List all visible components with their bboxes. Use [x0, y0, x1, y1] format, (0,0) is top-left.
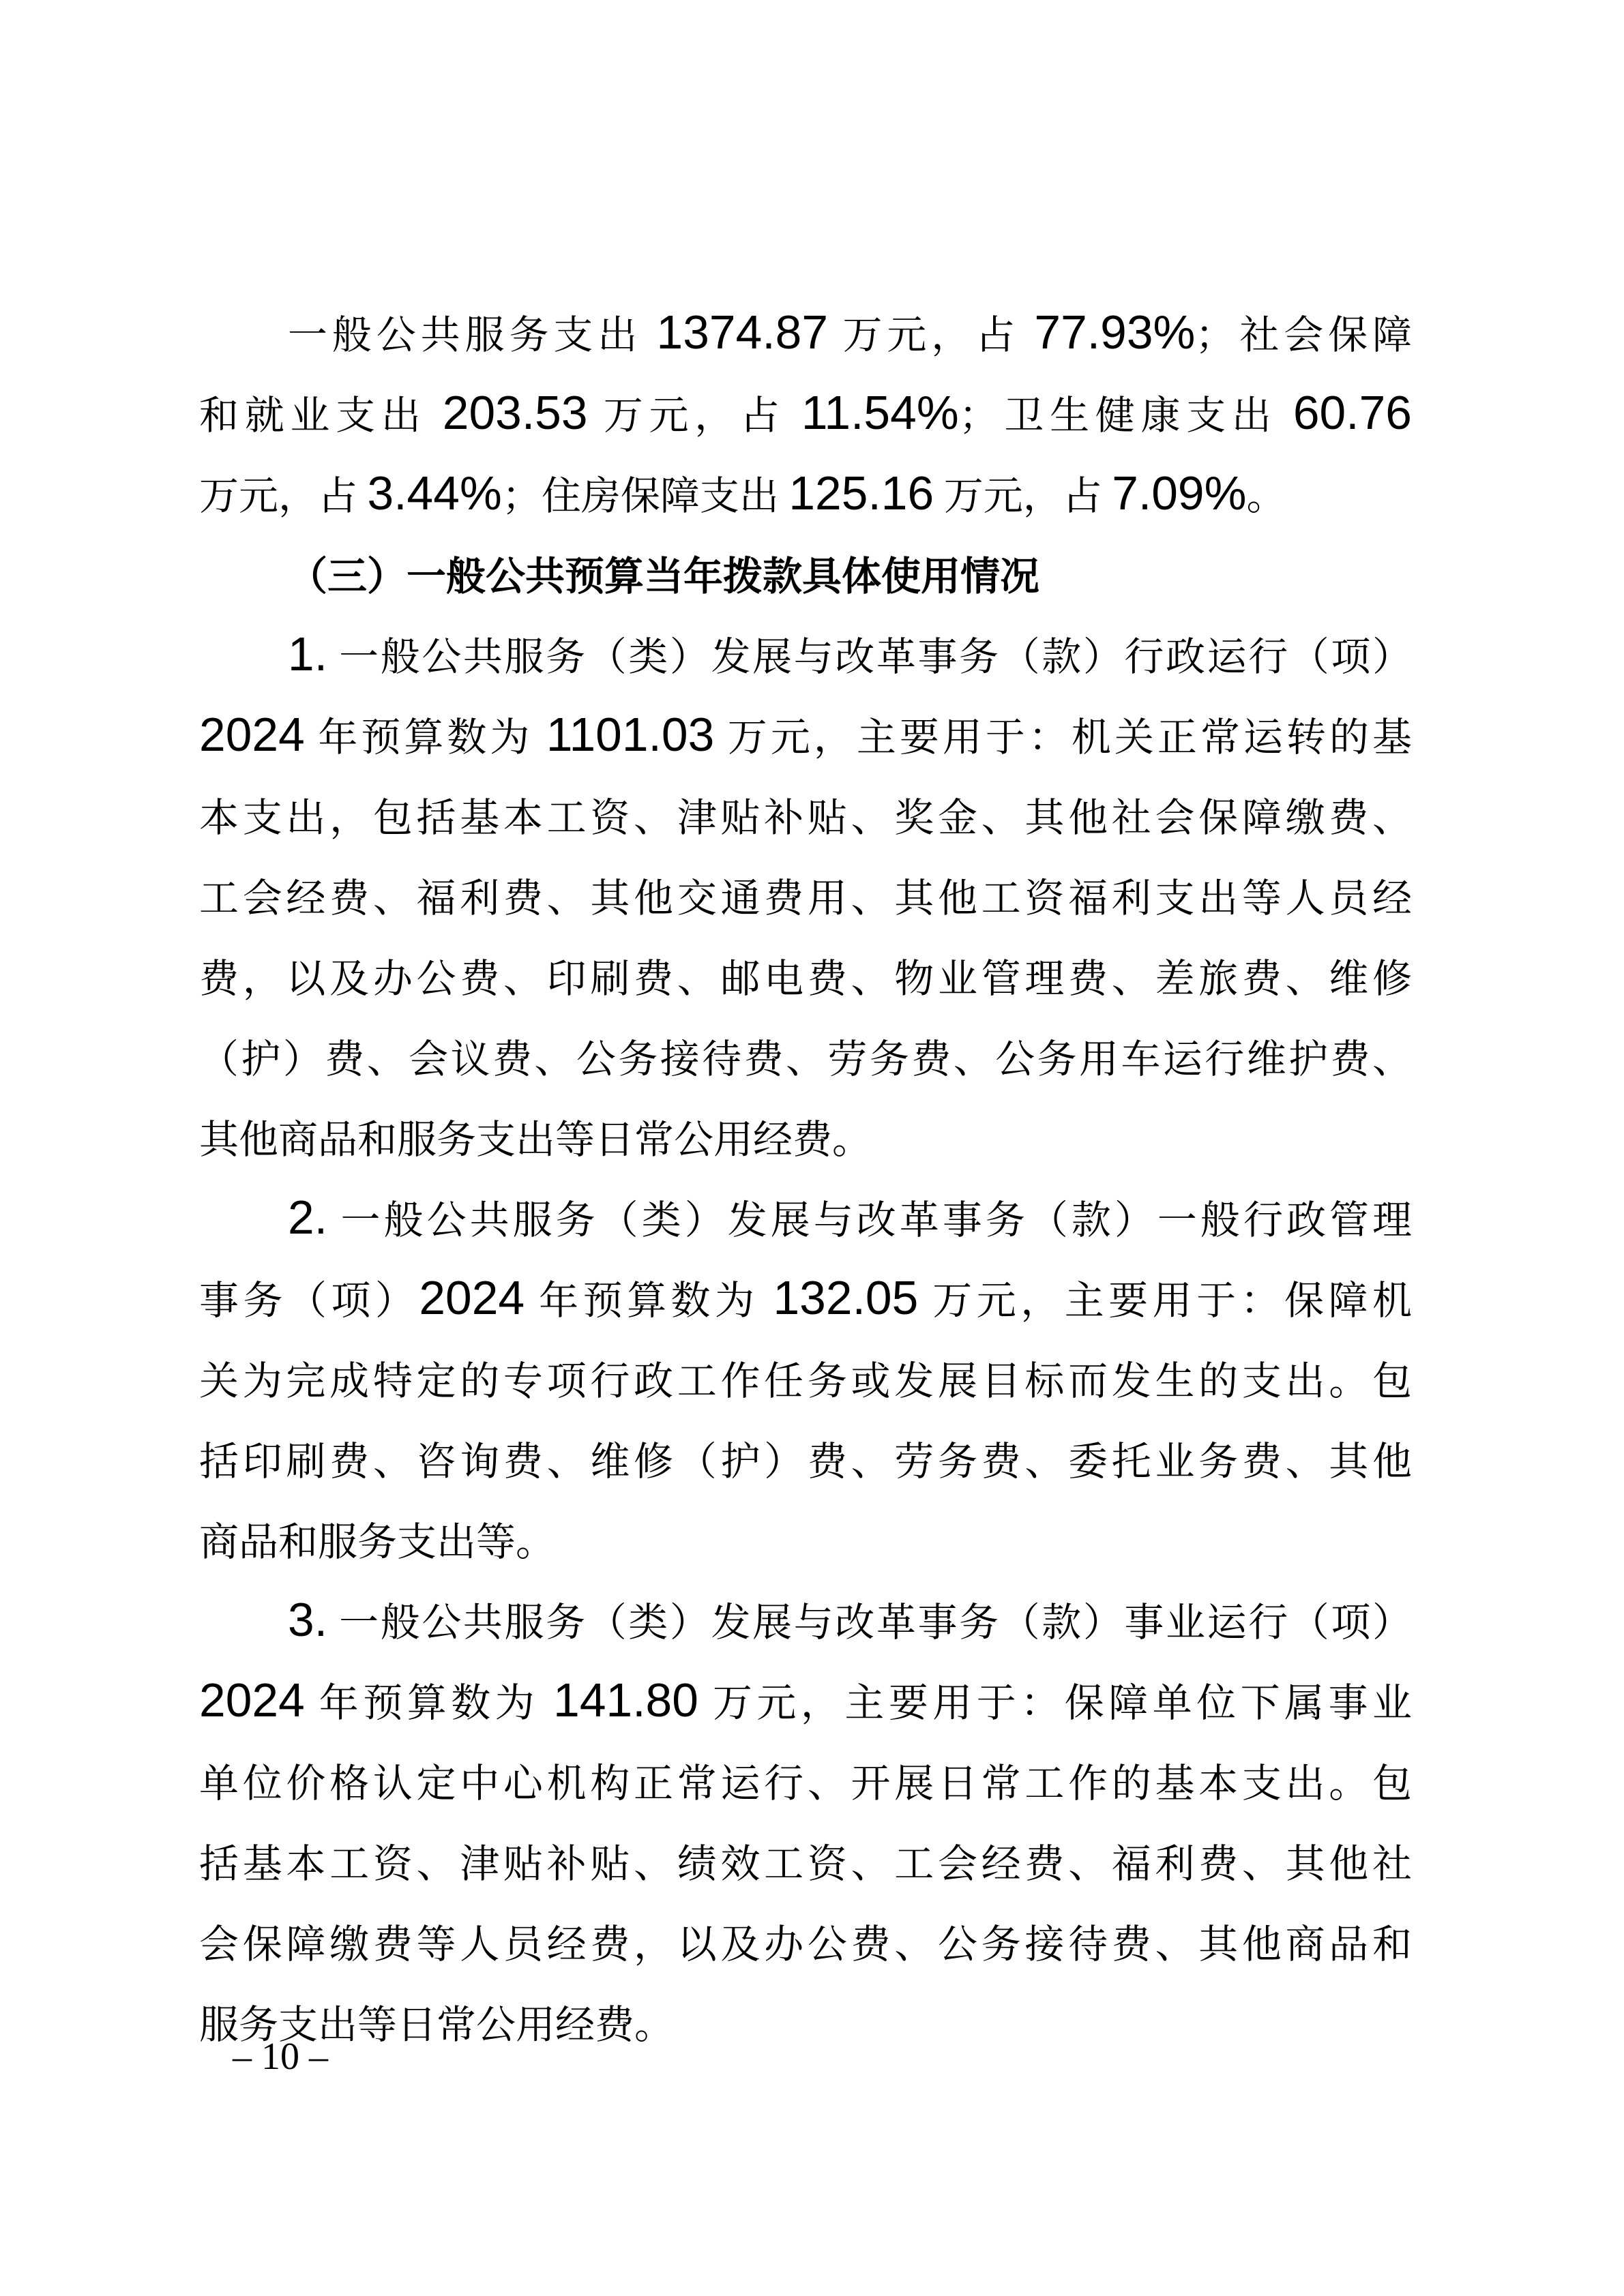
text-line: 括印刷费、咨询费、维修（护）费、劳务费、委托业务费、其他	[199, 1422, 1412, 1502]
text-line: 关为完成特定的专项行政工作任务或发展目标而发生的支出。包	[199, 1341, 1412, 1422]
text-line: 事务（项）2024 年预算数为 132.05 万元，主要用于：保障机	[199, 1261, 1412, 1341]
text-line: 商品和服务支出等。	[199, 1502, 1412, 1583]
text-line: 一般公共服务支出 1374.87 万元，占 77.93%；社会保障	[199, 295, 1412, 376]
text-line: 服务支出等日常公用经费。	[199, 1985, 1412, 2066]
page-number: – 10 –	[233, 2036, 328, 2077]
text-line: 单位价格认定中心机构正常运行、开展日常工作的基本支出。包	[199, 1744, 1412, 1824]
text-line: 2024 年预算数为 141.80 万元，主要用于：保障单位下属事业	[199, 1663, 1412, 1744]
text-line: （护）费、会议费、公务接待费、劳务费、公务用车运行维护费、	[199, 1019, 1412, 1100]
text-line: 会保障缴费等人员经费，以及办公费、公务接待费、其他商品和	[199, 1905, 1412, 1985]
text-line: 3. 一般公共服务（类）发展与改革事务（款）事业运行（项）	[199, 1583, 1412, 1663]
text-line: 本支出，包括基本工资、津贴补贴、奖金、其他社会保障缴费、	[199, 778, 1412, 859]
text-line: 1. 一般公共服务（类）发展与改革事务（款）行政运行（项）	[199, 617, 1412, 698]
text-line: 括基本工资、津贴补贴、绩效工资、工会经费、福利费、其他社	[199, 1824, 1412, 1905]
text-line: 2. 一般公共服务（类）发展与改革事务（款）一般行政管理	[199, 1180, 1412, 1261]
text-line: 费，以及办公费、印刷费、邮电费、物业管理费、差旅费、维修	[199, 939, 1412, 1019]
text-line: 工会经费、福利费、其他交通费用、其他工资福利支出等人员经	[199, 859, 1412, 939]
section-heading: （三）一般公共预算当年拨款具体使用情况	[199, 537, 1412, 617]
document-text-block: 一般公共服务支出 1374.87 万元，占 77.93%；社会保障 和就业支出 …	[199, 295, 1412, 2066]
document-page: 一般公共服务支出 1374.87 万元，占 77.93%；社会保障 和就业支出 …	[0, 0, 1624, 2296]
text-line: 和就业支出 203.53 万元，占 11.54%；卫生健康支出 60.76	[199, 376, 1412, 456]
text-line: 万元，占 3.44%；住房保障支出 125.16 万元，占 7.09%。	[199, 456, 1412, 537]
text-line: 其他商品和服务支出等日常公用经费。	[199, 1100, 1412, 1180]
text-line: 2024 年预算数为 1101.03 万元，主要用于：机关正常运转的基	[199, 698, 1412, 778]
